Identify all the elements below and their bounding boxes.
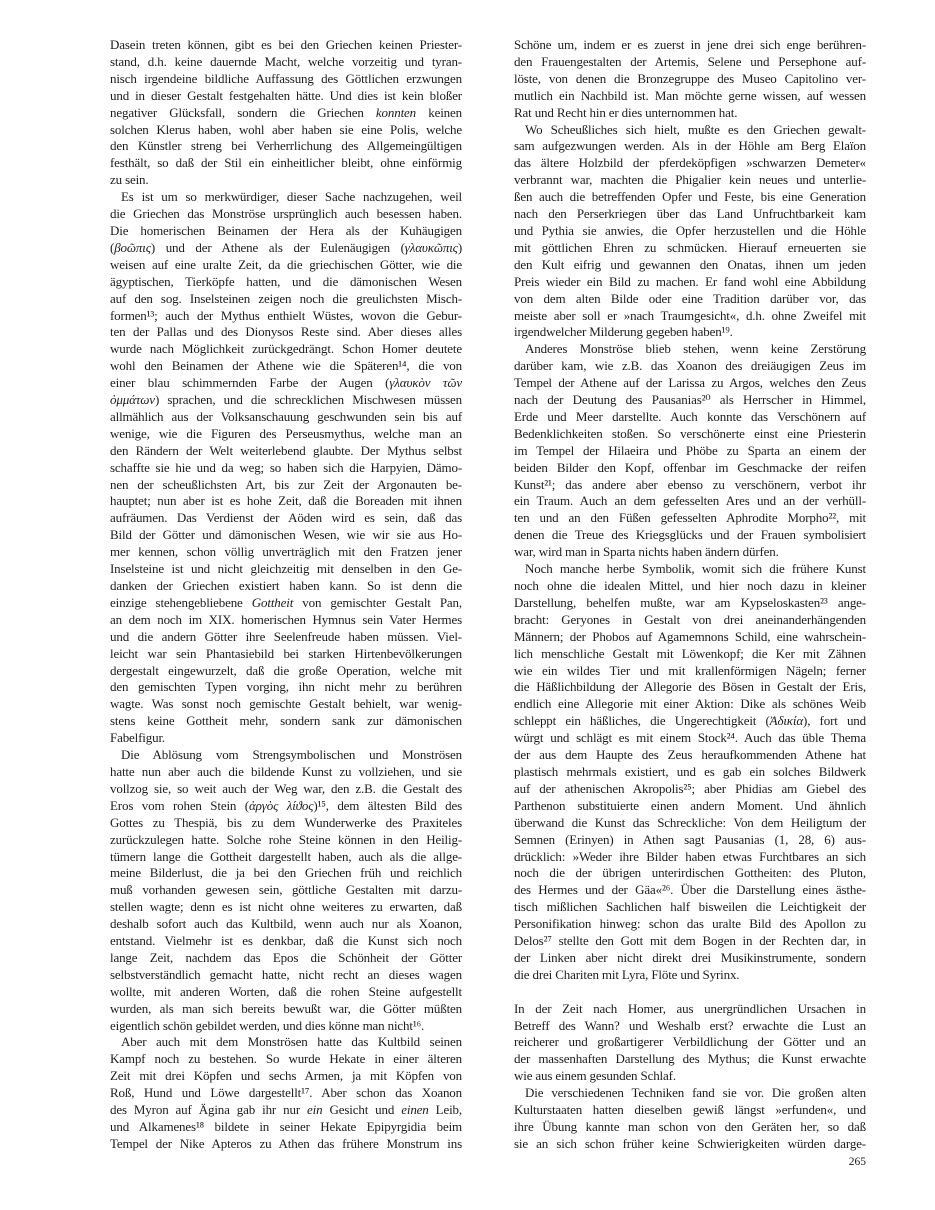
text-line: festhält, so daß der Stil ein einheitlic… xyxy=(110,155,462,172)
text-line: und in dieser Gestalt festgehalten hätte… xyxy=(110,88,462,105)
text-line: Parthenon substituierte einen andern Mom… xyxy=(514,798,866,815)
text-line: Die verschiedenen Techniken fand sie vor… xyxy=(514,1085,866,1102)
text-line: würgt und schlägt es mit einem Stock²⁴. … xyxy=(514,730,866,747)
text-line: Tempel der Nike Apteros zu Athen das frü… xyxy=(110,1136,462,1153)
text-line: Delos²⁷ stellte den Gott mit dem Bogen i… xyxy=(514,933,866,950)
text-line: einer blau schimmernden Farbe der Augen … xyxy=(110,375,462,392)
paragraph: Die verschiedenen Techniken fand sie vor… xyxy=(514,1085,866,1153)
text-line: muß vorhanden gewesen sein, göttliche Ge… xyxy=(110,882,462,899)
paragraph: Aber auch mit dem Monströsen hatte das K… xyxy=(110,1034,462,1152)
text-line: im Tempel der Hilaeira und Phöbe zu Spar… xyxy=(514,443,866,460)
text-line: ten der Pallas und des Dionysos Reste si… xyxy=(110,324,462,341)
italic-text: Gottheit xyxy=(252,595,293,610)
text-line: solchen Klerus haben, wohl aber haben si… xyxy=(110,122,462,139)
text-line: Preis wieder ein Bild zu machen. Er fand… xyxy=(514,274,866,291)
text-line: hatte nun aber auch die bildende Kunst z… xyxy=(110,764,462,781)
text-line: endlich eine Allegorie mit einer Aktion:… xyxy=(514,696,866,713)
text-line: die Häßlichbildung der Allegorie des Bös… xyxy=(514,679,866,696)
text-line: aufräumen. Das Verdienst der Aöden wird … xyxy=(110,510,462,527)
text-line: Kulturstaaten hatten dieselben gewiß län… xyxy=(514,1102,866,1119)
italic-text: einen xyxy=(401,1102,428,1117)
text-line: mer kennen, schon völlig unverträglich m… xyxy=(110,544,462,561)
italic-text: ὀμμάτων xyxy=(110,392,155,407)
text-line: zurückzulegen hatte. Solche rohe Steine … xyxy=(110,832,462,849)
text-line: Rat und Recht hin er dies unternommen ha… xyxy=(514,105,866,122)
text-line: einzige stehengebliebene Gottheit von ge… xyxy=(110,595,462,612)
text-columns: Dasein treten können, gibt es bei den Gr… xyxy=(110,37,866,1153)
text-line: Inselsteine ist und nicht gleichzeitig m… xyxy=(110,561,462,578)
text-line: Es ist um so merkwürdiger, dieser Sache … xyxy=(110,189,462,206)
text-line: mutlich ein Nachbild ist. Man möchte ger… xyxy=(514,88,866,105)
text-line: selbstverständlich gemacht hatte, nicht … xyxy=(110,967,462,984)
text-line: den Rändern der Welt weiterlebend glaubt… xyxy=(110,443,462,460)
text-line: noch ohne die idealen Mittel, und hier n… xyxy=(514,578,866,595)
text-line: Fabelfigur. xyxy=(110,730,462,747)
text-line: allmählich aus der Volksanschauung gesch… xyxy=(110,409,462,426)
italic-text: γλαυκῶπις xyxy=(405,240,458,255)
text-line: wohl den Beinamen der Athene wie die Spä… xyxy=(110,358,462,375)
text-line: wurden, als man sich bereits bewußt war,… xyxy=(110,1001,462,1018)
text-line: bracht: Geryones in Gestalt von drei ane… xyxy=(514,612,866,629)
text-line: ihre Übung kannte man schon von den Gerä… xyxy=(514,1119,866,1136)
text-line: wie aus einem gesunden Schlaf. xyxy=(514,1068,866,1085)
text-line: an dem noch im XIX. homerischen Hymnus s… xyxy=(110,612,462,629)
text-line: ten und an den Füßen gefesselten Aphrodi… xyxy=(514,510,866,527)
text-line: beiden Bilder den Kopf, offenbar im Gesc… xyxy=(514,460,866,477)
text-line: verbrannt war, machten die Phigalier kei… xyxy=(514,172,866,189)
italic-text: konnten xyxy=(376,105,416,120)
text-line: Kunst²¹; das andere aber ebenso zu versc… xyxy=(514,477,866,494)
text-line: war, wird man in Sparta nichts haben änd… xyxy=(514,544,866,561)
text-line: reicherer und großartigerer Verbildlichu… xyxy=(514,1034,866,1051)
page-number: 265 xyxy=(849,1156,866,1168)
text-line: und Pythia sie anwies, die Opfer herzust… xyxy=(514,223,866,240)
text-line: noch die der übrigen unterirdischen Gott… xyxy=(514,865,866,882)
text-line: lange Zeit, nachdem das Epos die Schönhe… xyxy=(110,950,462,967)
paragraph: In der Zeit nach Homer, aus unergründlic… xyxy=(514,1001,866,1086)
text-line: stand, d.h. keine dauernde Macht, welche… xyxy=(110,54,462,71)
text-line: Betreff des Wann? und Weshalb erst? erwa… xyxy=(514,1018,866,1035)
text-line: formen¹³; auch der Mythus enthielt Wüste… xyxy=(110,308,462,325)
italic-text: ein xyxy=(307,1102,322,1117)
text-line: wollte, mit anderen Worten, daß die rohe… xyxy=(110,984,462,1001)
text-line: ein Traum. Auch an dem gefesselten Ares … xyxy=(514,493,866,510)
text-line: den Künstler streng bei Verherrlichung d… xyxy=(110,138,462,155)
text-line: sam aufgezwungen werden. Als in der Höhl… xyxy=(514,138,866,155)
text-line: der aus dem Haupte des Zeus heraufkommen… xyxy=(514,747,866,764)
text-line: hauptet; nun aber ist es hohe Zeit, daß … xyxy=(110,493,462,510)
text-line: Aber auch mit dem Monströsen hatte das K… xyxy=(110,1034,462,1051)
italic-text: Ἀδικία xyxy=(770,713,803,728)
text-line: leicht war sein Phantasiebild bei starke… xyxy=(110,646,462,663)
paragraph: Es ist um so merkwürdiger, dieser Sache … xyxy=(110,189,462,747)
text-line: nach den Perserkriegen über das Land Unf… xyxy=(514,206,866,223)
text-line: überwand die Kunst das Schreckliche: Von… xyxy=(514,815,866,832)
text-line: Männern; der Phobos auf Agamemnons Schil… xyxy=(514,629,866,646)
text-line: wie ein wildes Tier und mit krallenförmi… xyxy=(514,663,866,680)
text-line: mit göttlichen Ehren zu schmücken. Hiera… xyxy=(514,240,866,257)
text-line: nach der Deutung des Pausanias²⁰ als Her… xyxy=(514,392,866,409)
text-line: Bedenklichkeiten stoßen. So verschönerte… xyxy=(514,426,866,443)
text-line: der Linken aber nicht direkt drei Musiki… xyxy=(514,950,866,967)
paragraph: Dasein treten können, gibt es bei den Gr… xyxy=(110,37,462,189)
paragraph: Schöne um, indem er es zuerst in jene dr… xyxy=(514,37,866,122)
text-line: danken der Griechen existiert haben kann… xyxy=(110,578,462,595)
text-line: den gemischten Typen vorging, ihn nicht … xyxy=(110,679,462,696)
text-line: der massenhaften Darstellung des Mythus;… xyxy=(514,1051,866,1068)
text-line: den Kult eifrig und gewannen den Onatas,… xyxy=(514,257,866,274)
text-line: Gottes zu Thespiä, bis zu dem Wunderwerk… xyxy=(110,815,462,832)
italic-text: βοῶπις xyxy=(114,240,151,255)
text-line: Semnen (Erinyen) in Athen sagt Pausanias… xyxy=(514,832,866,849)
text-line: stens keine Gottheit mehr, sondern sank … xyxy=(110,713,462,730)
text-line: nisch irgendeine bildliche Auffassung de… xyxy=(110,71,462,88)
text-line: ägyptischen, Tierköpfe hatten, und die d… xyxy=(110,274,462,291)
paragraph: Noch manche herbe Symbolik, womit sich d… xyxy=(514,561,866,984)
text-line: Kampf noch zu bestehen. So wurde Hekate … xyxy=(110,1051,462,1068)
text-line: Roß, Hund und Löwe dargestellt¹⁷. Aber s… xyxy=(110,1085,462,1102)
text-line: zu sein. xyxy=(110,172,462,189)
text-line: deshalb sofort auch das Kultbild, wenn a… xyxy=(110,916,462,933)
text-line: Die Ablösung vom Strengsymbolischen und … xyxy=(110,747,462,764)
text-line: wenige, wie die Figuren des Perseusmythu… xyxy=(110,426,462,443)
text-line: Eros vom rohen Stein (ἀργὸς λίϑος)¹⁵, de… xyxy=(110,798,462,815)
text-line: Darstellung, behelfen mußte, war am Kyps… xyxy=(514,595,866,612)
text-line: die Griechen das Monströse ursprünglich … xyxy=(110,206,462,223)
text-line: irgendwelcher Milderung gegeben haben¹⁹. xyxy=(514,324,866,341)
text-line: des Hermes und der Gäa«²⁶. Über die Dars… xyxy=(514,882,866,899)
text-line: meiste aber soll er »nach Traumgesicht«,… xyxy=(514,308,866,325)
text-line: das ältere Holzbild der pferdeköpfigen »… xyxy=(514,155,866,172)
text-line: sie an sich schon früher keine Schwierig… xyxy=(514,1136,866,1153)
text-line: Tempel der Athene auf der Larissa zu Arg… xyxy=(514,375,866,392)
text-line: nen der scheußlichsten Art, bis zur Zeit… xyxy=(110,477,462,494)
text-line: denen die Treue des Kriegsglücks und der… xyxy=(514,527,866,544)
text-line: In der Zeit nach Homer, aus unergründlic… xyxy=(514,1001,866,1018)
text-line: auf den sog. Inselsteinen zeigen noch di… xyxy=(110,291,462,308)
text-line: Dasein treten können, gibt es bei den Gr… xyxy=(110,37,462,54)
text-line: drücklich: »Weder ihre Bilder haben etwa… xyxy=(514,849,866,866)
text-line: plastisch mehrmals existiert, und es gab… xyxy=(514,764,866,781)
italic-text: ἀργὸς λίϑος xyxy=(249,798,313,813)
text-line: lich menschliche Gestalt mit Löwenkopf; … xyxy=(514,646,866,663)
text-line: Anderes Monströse blieb stehen, wenn kei… xyxy=(514,341,866,358)
text-line: negativer Glücksfall, sondern die Griech… xyxy=(110,105,462,122)
text-line: Bild der Götter und dämonischen Wesen, w… xyxy=(110,527,462,544)
text-line: (βοῶπις) und der Athene als der Eulenäug… xyxy=(110,240,462,257)
text-line: und die andern Götter ihre Seelenfreude … xyxy=(110,629,462,646)
text-line: ὀμμάτων) sprachen, und die schrecklichen… xyxy=(110,392,462,409)
italic-text: γλαυκὸν τῶν xyxy=(389,375,462,390)
text-line: entstand. Vielmehr ist es denkbar, daß d… xyxy=(110,933,462,950)
text-line: des Myron auf Ägina gab ihr nur ein Gesi… xyxy=(110,1102,462,1119)
text-line: von dem alten Bilde oder eine Tradition … xyxy=(514,291,866,308)
text-line: Erde und Meer darstellte. Auch konnte da… xyxy=(514,409,866,426)
text-line: ßen auch die betreffenden Opfer und Fest… xyxy=(514,189,866,206)
text-column-left: Dasein treten können, gibt es bei den Gr… xyxy=(110,37,462,1153)
text-line: schaffte sie hie und da weg; so haben si… xyxy=(110,460,462,477)
text-line: Personifikation hinweg: schon das uralte… xyxy=(514,916,866,933)
text-line: eigentlich schön gebildet werden, und di… xyxy=(110,1018,462,1035)
paragraph: Die Ablösung vom Strengsymbolischen und … xyxy=(110,747,462,1034)
text-column-right: Schöne um, indem er es zuerst in jene dr… xyxy=(514,37,866,1153)
text-line: wagte. Was sonst noch gemischte Gestalt … xyxy=(110,696,462,713)
text-line: löste, von denen die Bronzegruppe des Mu… xyxy=(514,71,866,88)
text-line: vollzog sie, so weit auch der Weg war, d… xyxy=(110,781,462,798)
text-line: stellen wagte; denn es ist nicht ohne we… xyxy=(110,899,462,916)
text-line: die drei Chariten mit Lyra, Flöte und Sy… xyxy=(514,967,866,984)
text-line: Schöne um, indem er es zuerst in jene dr… xyxy=(514,37,866,54)
text-line: wurde nach Möglichkeit zurückgedrängt. S… xyxy=(110,341,462,358)
text-line: tümern lange die Gottheit dargestellt ha… xyxy=(110,849,462,866)
text-line: weisen auf eine uralte Zeit, da die grie… xyxy=(110,257,462,274)
text-line: den Frauengestalten der Artemis, Selene … xyxy=(514,54,866,71)
text-line: darüber kam, wie z.B. das Xoanon des dre… xyxy=(514,358,866,375)
text-line: tisch mißlichen Sachlichen half bisweile… xyxy=(514,899,866,916)
text-line: und Alkamenes¹⁸ bildete in seiner Hekate… xyxy=(110,1119,462,1136)
paragraph: Anderes Monströse blieb stehen, wenn kei… xyxy=(514,341,866,561)
text-line: auf der athenischen Akropolis²⁵; aber Ph… xyxy=(514,781,866,798)
text-line: Noch manche herbe Symbolik, womit sich d… xyxy=(514,561,866,578)
paragraph: Wo Scheußliches sich hielt, mußte es den… xyxy=(514,122,866,342)
text-line: schleppt ein häßliches, die Ungerechtigk… xyxy=(514,713,866,730)
text-line: Zeit mit drei Köpfen und sechs Armen, ja… xyxy=(110,1068,462,1085)
text-line: Wo Scheußliches sich hielt, mußte es den… xyxy=(514,122,866,139)
book-page: Dasein treten können, gibt es bei den Gr… xyxy=(0,0,935,1210)
text-line: Die homerischen Beinamen der Hera als de… xyxy=(110,223,462,240)
text-line: meine Bilderlust, die ja bei den Grieche… xyxy=(110,865,462,882)
text-line: dergestalt eingewurzelt, daß die große O… xyxy=(110,663,462,680)
